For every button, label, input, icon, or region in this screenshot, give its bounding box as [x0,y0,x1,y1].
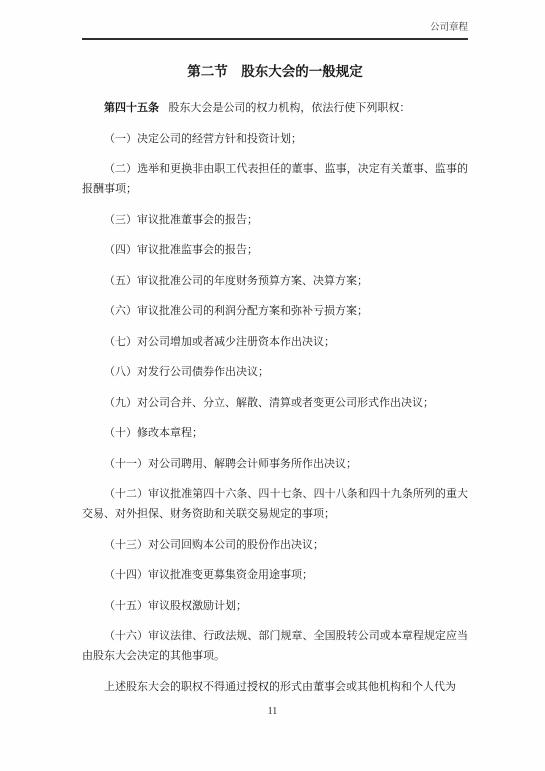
article-item: （十二）审议批准第四十六条、四十七条、四十八条和四十九条所列的重大交易、对外担保… [82,484,468,524]
article-number: 第四十五条 [104,102,159,114]
article-closing-paragraph: 上述股东大会的职权不得通过授权的形式由董事会或其他机构和个人代为 [82,677,468,697]
article-items: （一）决定公司的经营方针和投资计划； （二）选举和更换非由职工代表担任的董事、监… [82,129,468,667]
article-item: （五）审议批准公司的年度财务预算方案、决算方案； [82,271,468,291]
article-item: （七）对公司增加或者减少注册资本作出决议； [82,332,468,352]
document-page: 公司章程 第二节 股东大会的一般规定 第四十五条股东大会是公司的权力机构，依法行… [0,0,545,771]
article-item: （十三）对公司回购本公司的股份作出决议； [82,535,468,555]
article-item: （六）审议批准公司的利润分配方案和弥补亏损方案； [82,301,468,321]
page-number: 11 [0,706,545,717]
section-title: 第二节 股东大会的一般规定 [82,62,468,82]
article-item: （九）对公司合并、分立、解散、清算或者变更公司形式作出决议； [82,393,468,413]
document-body: 第二节 股东大会的一般规定 第四十五条股东大会是公司的权力机构，依法行使下列职权… [82,62,468,697]
article-item: （十）修改本章程； [82,423,468,443]
article-item: （三）审议批准董事会的报告； [82,210,468,230]
article-item: （二）选举和更换非由职工代表担任的董事、监事，决定有关董事、监事的报酬事项； [82,159,468,199]
article-item: （一）决定公司的经营方针和投资计划； [82,129,468,149]
article-item: （十六）审议法律、行政法规、部门规章、全国股转公司或本章程规定应当由股东大会决定… [82,626,468,666]
article-intro-text: 股东大会是公司的权力机构，依法行使下列职权： [168,102,410,114]
article-item: （八）对发行公司债券作出决议； [82,362,468,382]
article-item: （十四）审议批准变更募集资金用途事项； [82,565,468,585]
article-intro-paragraph: 第四十五条股东大会是公司的权力机构，依法行使下列职权： [82,98,468,118]
page-header: 公司章程 [82,22,468,40]
header-title: 公司章程 [430,23,468,33]
article-item: （十五）审议股权激励计划； [82,596,468,616]
article-item: （十一）对公司聘用、解聘会计师事务所作出决议； [82,454,468,474]
article-item: （四）审议批准监事会的报告； [82,240,468,260]
